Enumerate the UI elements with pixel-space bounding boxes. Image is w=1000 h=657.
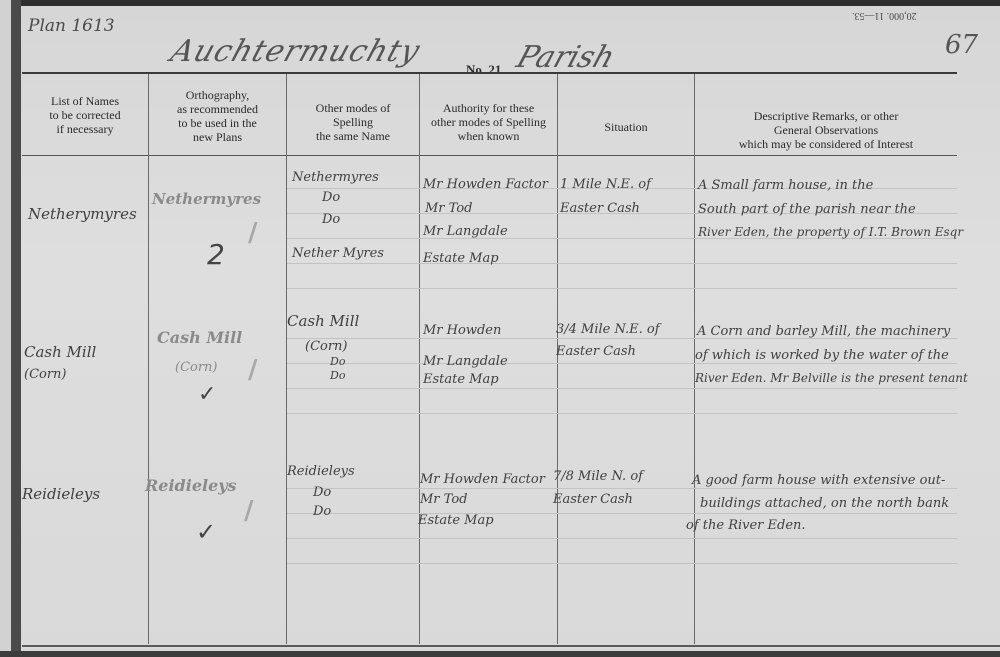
entry-orthography: Nethermyres	[152, 190, 261, 208]
entry-spelling: Do	[322, 188, 340, 207]
entry-orthography: Cash Mill	[157, 328, 242, 347]
entry-situation: Easter Cash	[560, 199, 640, 218]
entry-situation: Easter Cash	[556, 342, 636, 361]
number-label: No. 21.	[466, 62, 505, 78]
entry-spelling: Cash Mill	[287, 312, 359, 331]
entry-situation: Easter Cash	[553, 490, 633, 509]
entry-remarks: South part of the parish near the	[698, 200, 916, 219]
entry-spelling: Do	[313, 502, 331, 521]
book-binding	[11, 0, 21, 657]
parish-word: Parish	[512, 40, 619, 75]
entry-remarks: River Eden, the property of I.T. Brown E…	[698, 223, 963, 242]
entry-name: Cash Mill	[24, 343, 96, 361]
entry-remarks: River Eden. Mr Belville is the present t…	[695, 369, 968, 388]
plan-number: Plan 1613	[28, 16, 115, 36]
ruled-line	[287, 513, 957, 514]
entry-authority: Estate Map	[418, 511, 494, 530]
column-header-orthography: Orthography, as recommended to be used i…	[149, 88, 286, 144]
entry-authority: Mr Howden	[423, 321, 501, 340]
ruled-line	[287, 538, 957, 539]
column-divider	[419, 74, 420, 644]
entry-name: Netherymyres	[28, 205, 137, 223]
pencil-mark: /	[244, 496, 254, 526]
ruled-line	[287, 388, 957, 389]
orthography-mark: ✓	[198, 382, 216, 407]
entry-name-sub: (Corn)	[24, 367, 67, 382]
column-divider	[286, 74, 287, 644]
entry-spelling: Nether Myres	[292, 244, 384, 263]
bottom-rule	[22, 645, 1000, 647]
column-header-situation: Situation	[558, 120, 694, 134]
ruled-line	[287, 563, 957, 564]
parish-name: Auchtermuchty	[166, 34, 425, 69]
column-header-authority: Authority for these other modes of Spell…	[420, 101, 557, 143]
entry-remarks: of which is worked by the water of the	[695, 346, 949, 365]
header-rule	[22, 72, 957, 74]
ruled-line	[287, 288, 957, 289]
column-header-remarks: Descriptive Remarks, or other General Ob…	[695, 109, 957, 151]
entry-authority: Estate Map	[423, 249, 499, 268]
ruled-line	[287, 413, 957, 414]
orthography-mark: 2	[207, 238, 225, 271]
column-header-rule	[22, 155, 957, 156]
entry-remarks: A Corn and barley Mill, the machinery	[697, 322, 950, 341]
ruled-line	[287, 263, 957, 264]
entry-remarks: buildings attached, on the north bank	[700, 494, 949, 513]
entry-spelling: Nethermyres	[292, 168, 379, 187]
entry-situation: 7/8 Mile N. of	[553, 467, 643, 486]
entry-situation: 3/4 Mile N.E. of	[556, 320, 660, 339]
page-number: 67	[945, 30, 978, 60]
entry-authority: Estate Map	[423, 370, 499, 389]
column-divider	[148, 74, 149, 644]
entry-name: Reidieleys	[22, 485, 100, 503]
column-header-names: List of Names to be corrected if necessa…	[22, 94, 148, 136]
entry-remarks: A good farm house with extensive out-	[692, 471, 945, 490]
page-top-edge	[0, 0, 1000, 6]
entry-orthography-sub: (Corn)	[175, 360, 218, 375]
entry-authority: Mr Tod	[425, 199, 472, 218]
entry-situation: 1 Mile N.E. of	[560, 175, 651, 194]
pencil-mark: /	[248, 355, 258, 385]
orthography-mark: ✓	[196, 518, 216, 546]
entry-authority: Mr Howden Factor	[420, 470, 545, 489]
entry-authority: Mr Langdale	[423, 222, 508, 241]
entry-remarks: A Small farm house, in the	[698, 176, 873, 195]
entry-remarks: of the River Eden.	[686, 516, 806, 535]
entry-authority: Mr Tod	[420, 490, 467, 509]
entry-orthography: Reidieleys	[145, 476, 237, 495]
ledger-page: Plan 1613 Auchtermuchty No. 21. Parish 2…	[0, 0, 1000, 657]
pencil-mark: /	[248, 218, 258, 248]
print-code: 20,000. 11—53.	[852, 10, 917, 21]
entry-authority: Mr Langdale	[423, 352, 508, 371]
column-header-other-spellings: Other modes of Spelling the same Name	[287, 101, 419, 143]
entry-spelling: Reidieleys	[287, 462, 355, 481]
entry-authority: Mr Howden Factor	[423, 175, 548, 194]
entry-spelling: Do	[322, 210, 340, 229]
entry-spelling: Do	[313, 483, 331, 502]
page-bottom-edge	[0, 651, 1000, 657]
entry-spelling: Do	[330, 366, 345, 385]
left-margin	[0, 0, 11, 657]
